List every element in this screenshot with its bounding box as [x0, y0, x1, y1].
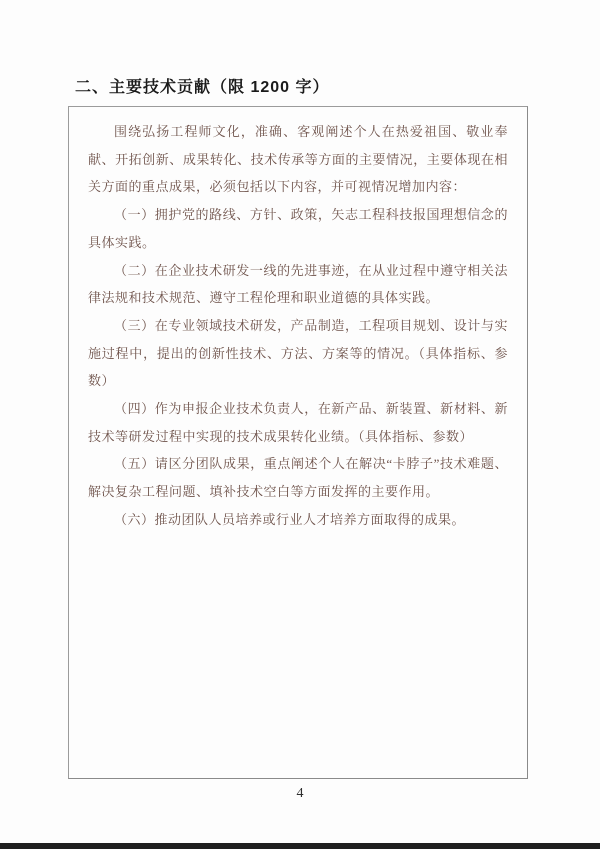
item-2-paragraph: （二）在企业技术研发一线的先进事迹，在从业过程中遵守相关法律法规和技术规范、遵守… — [88, 257, 508, 312]
item-1-paragraph: （一）拥护党的路线、方针、政策，矢志工程科技报国理想信念的具体实践。 — [88, 201, 508, 256]
content-box: 围绕弘扬工程师文化，准确、客观阐述个人在热爱祖国、敬业奉献、开拓创新、成果转化、… — [68, 106, 528, 779]
page-number: 4 — [0, 786, 600, 802]
item-5-paragraph: （五）请区分团队成果，重点阐述个人在解决“卡脖子”技术难题、解决复杂工程问题、填… — [88, 450, 508, 505]
item-6-paragraph: （六）推动团队人员培养或行业人才培养方面取得的成果。 — [88, 506, 508, 534]
document-page: 二、主要技术贡献（限 1200 字） 围绕弘扬工程师文化，准确、客观阐述个人在热… — [0, 0, 600, 849]
item-3-paragraph: （三）在专业领域技术研发，产品制造，工程项目规划、设计与实施过程中，提出的创新性… — [88, 312, 508, 395]
bottom-edge-bar — [0, 843, 600, 849]
item-4-paragraph: （四）作为申报企业技术负责人，在新产品、新装置、新材料、新技术等研发过程中实现的… — [88, 395, 508, 450]
section-heading: 二、主要技术贡献（限 1200 字） — [75, 74, 330, 97]
intro-paragraph: 围绕弘扬工程师文化，准确、客观阐述个人在热爱祖国、敬业奉献、开拓创新、成果转化、… — [88, 118, 508, 201]
